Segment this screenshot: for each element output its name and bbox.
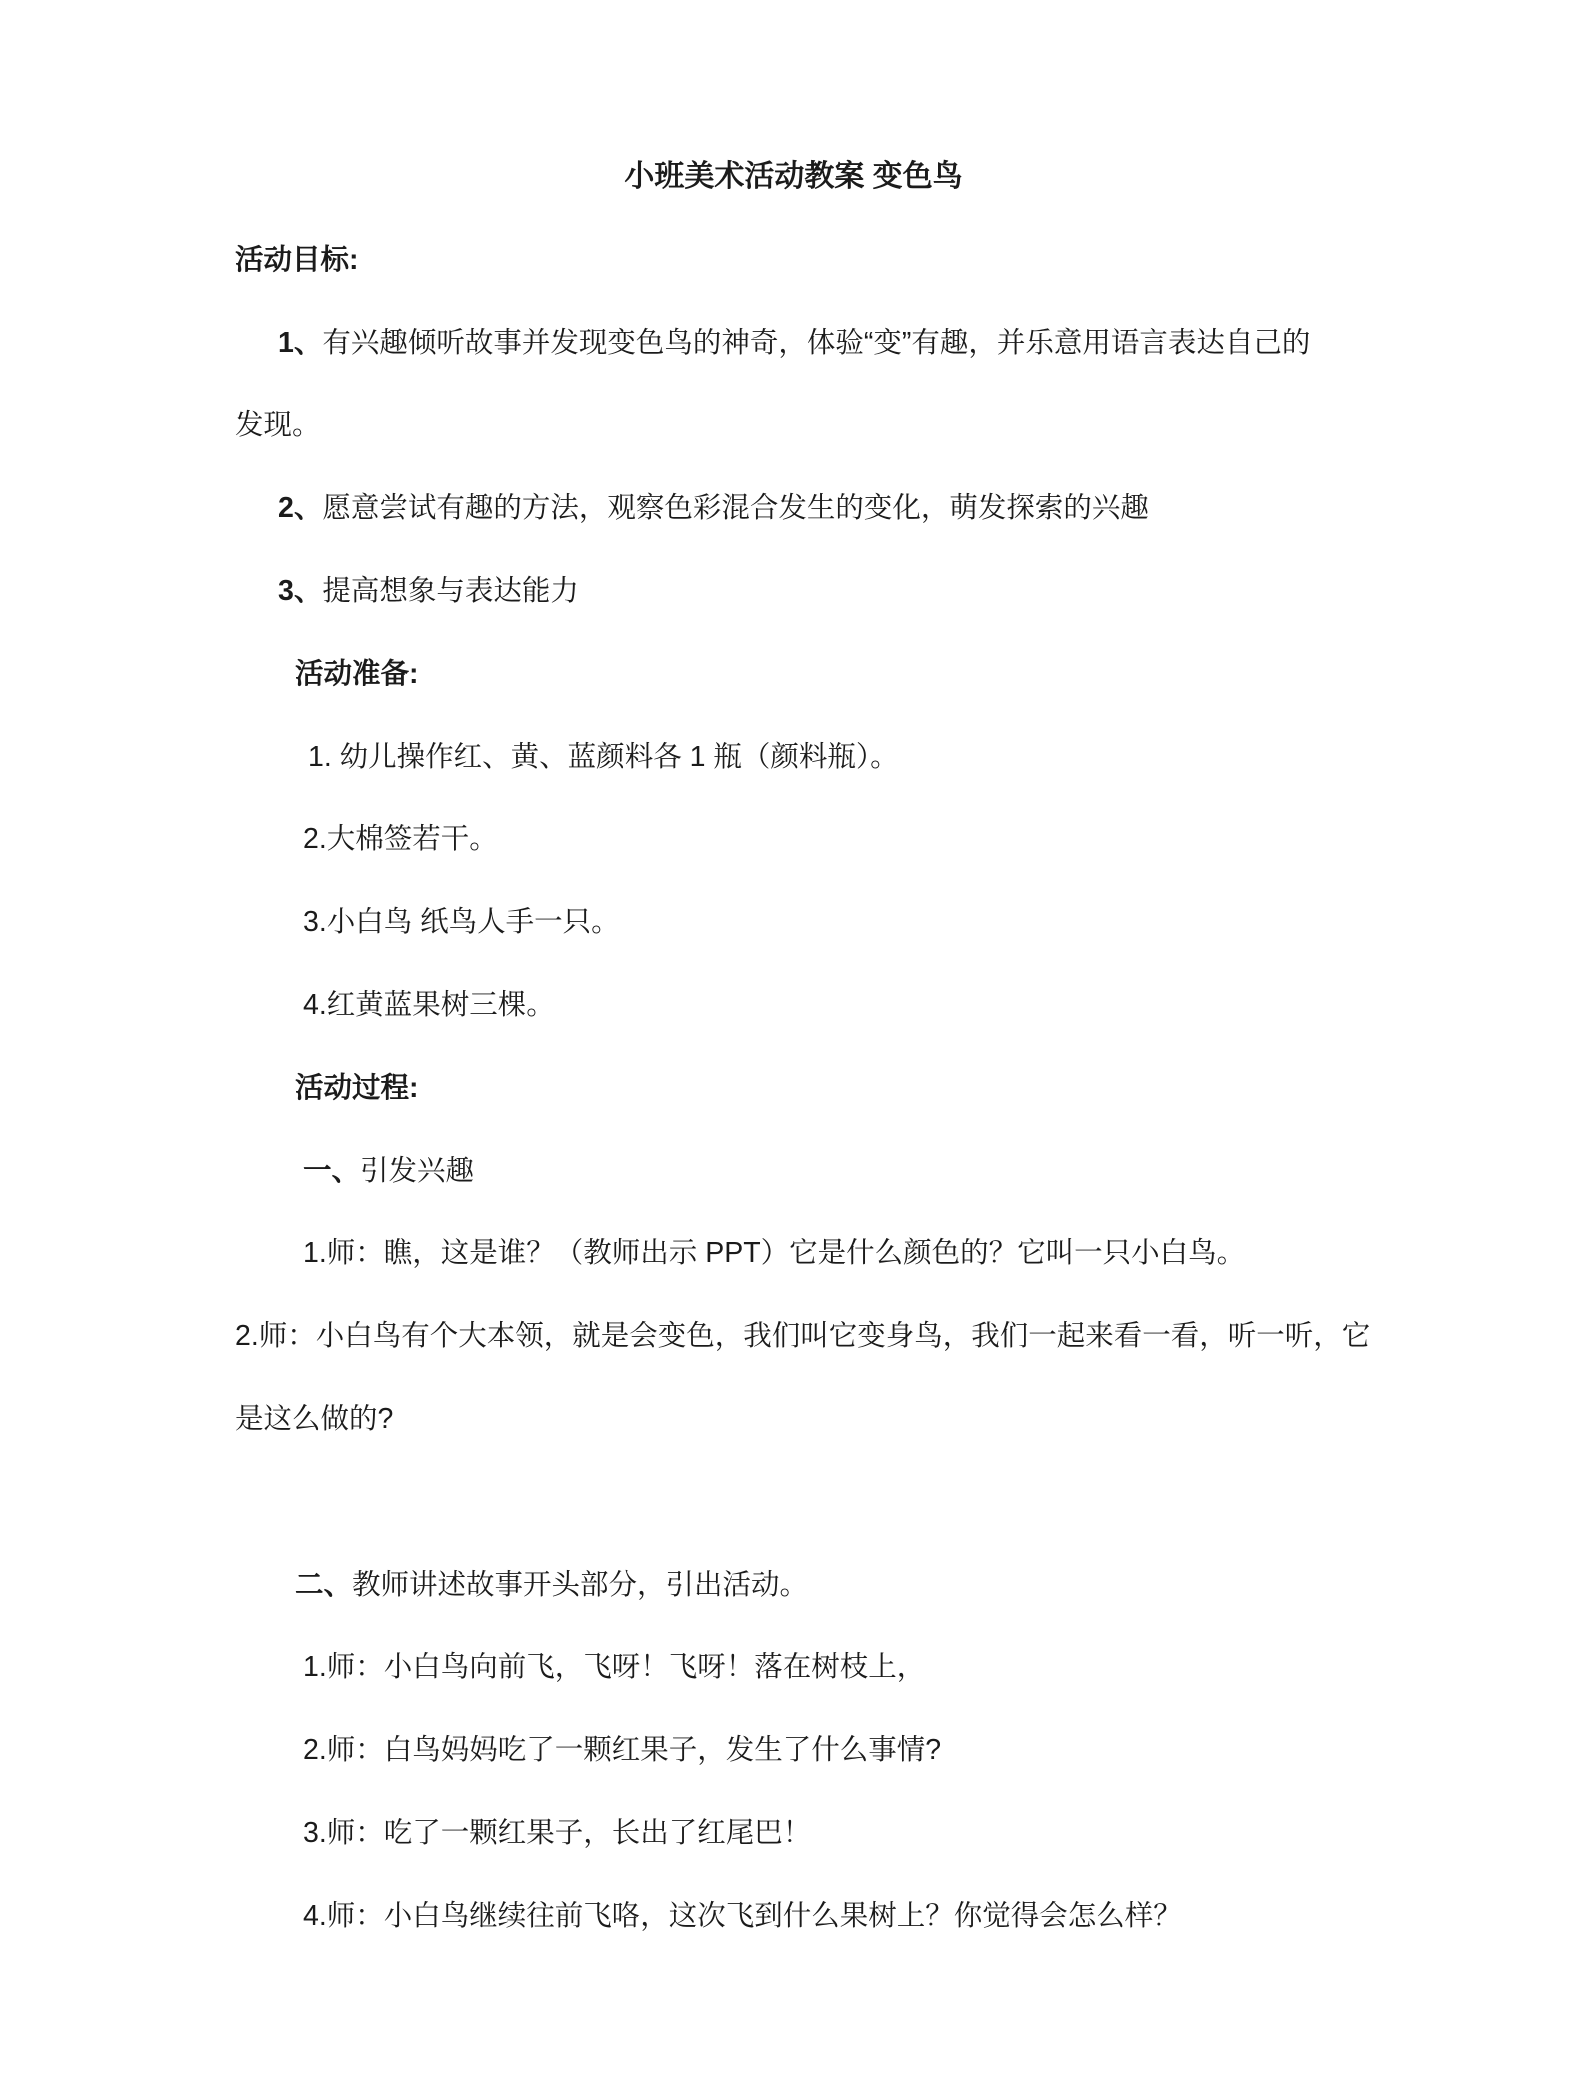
prep-item-2: 2.大棉签若干。 (303, 798, 1587, 881)
goal-item-2-number: 2、 (278, 492, 322, 524)
process-section-1-number: 一、 (303, 1155, 360, 1187)
blank-line (0, 1461, 1587, 1544)
dialogue-2-1: 1.师：小白鸟向前飞，飞呀！飞呀！落在树枝上， (303, 1626, 1587, 1709)
process-section-1: 一、引发兴趣 (303, 1130, 1587, 1213)
process-section-2-text: 教师讲述故事开头部分，引出活动。 (352, 1569, 808, 1601)
heading-activity-preparation: 活动准备: (295, 633, 1587, 716)
goal-item-3-text: 提高想象与表达能力 (322, 575, 579, 607)
process-section-2-number: 二、 (295, 1569, 352, 1601)
dialogue-2-3: 3.师：吃了一颗红果子，长出了红尾巴！ (303, 1792, 1587, 1875)
dialogue-1-2-continuation: 是这么做的? (235, 1378, 1587, 1461)
doc-title: 小班美术活动教案 变色鸟 (0, 136, 1587, 219)
process-section-1-text: 引发兴趣 (360, 1155, 474, 1187)
goal-item-3-number: 3、 (278, 575, 322, 607)
prep-item-1: 1. 幼儿操作红、黄、蓝颜料各 1 瓶（颜料瓶）。 (308, 716, 1587, 799)
goal-item-1-continuation: 发现。 (235, 384, 1587, 467)
process-section-2: 二、教师讲述故事开头部分，引出活动。 (295, 1544, 1587, 1627)
goal-item-3: 3、提高想象与表达能力 (278, 550, 1587, 633)
goal-item-1-text: 有兴趣倾听故事并发现变色鸟的神奇，体验“变”有趣，并乐意用语言表达自己的 (322, 327, 1310, 359)
dialogue-2-2: 2.师：白鸟妈妈吃了一颗红果子，发生了什么事情? (303, 1709, 1587, 1792)
goal-item-2-text: 愿意尝试有趣的方法，观察色彩混合发生的变化，萌发探索的兴趣 (322, 492, 1149, 524)
prep-item-4: 4.红黄蓝果树三棵。 (303, 964, 1587, 1047)
goal-item-1: 1、有兴趣倾听故事并发现变色鸟的神奇，体验“变”有趣，并乐意用语言表达自己的 (278, 302, 1587, 385)
goal-item-1-number: 1、 (278, 327, 322, 359)
dialogue-1-2: 2.师：小白鸟有个大本领，就是会变色，我们叫它变身鸟，我们一起来看一看，听一听，… (235, 1295, 1587, 1378)
dialogue-2-4: 4.师：小白鸟继续往前飞咯，这次飞到什么果树上？你觉得会怎么样？ (303, 1875, 1587, 1958)
prep-item-3: 3.小白鸟 纸鸟人手一只。 (303, 881, 1587, 964)
goal-item-2: 2、愿意尝试有趣的方法，观察色彩混合发生的变化，萌发探索的兴趣 (278, 467, 1587, 550)
dialogue-1-1: 1.师：瞧，这是谁？（教师出示 PPT）它是什么颜色的？它叫一只小白鸟。 (303, 1212, 1587, 1295)
document-page: 小班美术活动教案 变色鸟 活动目标: 1、有兴趣倾听故事并发现变色鸟的神奇，体验… (0, 0, 1587, 2095)
heading-activity-process: 活动过程: (295, 1047, 1587, 1130)
heading-activity-goals: 活动目标: (235, 219, 1587, 302)
